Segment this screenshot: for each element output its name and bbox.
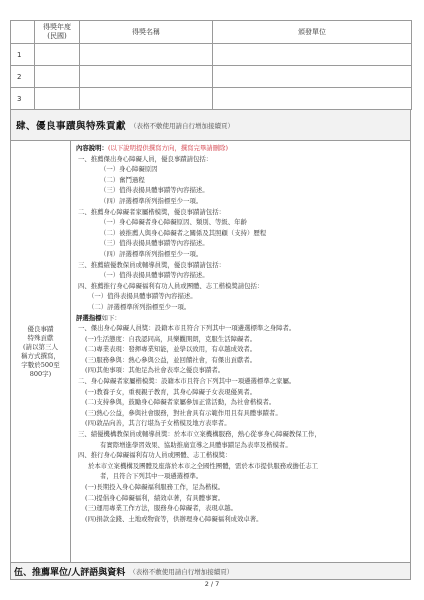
content-line: 四、推行身心障礙福利有功人員或團體、志工楷模獎： [76, 450, 410, 461]
section4-content[interactable]: 內容說明：(以下說明提供撰寫方向，撰寫完畢請刪除) 一、推薦傑出身心障礙人員，優… [71, 141, 410, 562]
header-award-name: 得獎名稱 [80, 21, 213, 44]
left-label-line: 稱方式撰寫， [14, 352, 68, 361]
content-line: (一)教養子女，重視親子教育，其身心障礙子女表現優異者。 [76, 387, 410, 398]
content-line: （一）值得表揚具體事蹟等內容描述。 [76, 270, 410, 281]
content-heading: 內容說明：(以下說明提供撰寫方向，撰寫完畢請刪除) [76, 143, 410, 154]
content-line: （二）評選標準所列指標至少一項。 [76, 302, 410, 313]
header-index [11, 21, 35, 44]
content-line: （一）值得表揚具體事蹟等內容描述。 [76, 291, 410, 302]
content-line: (二)支持參與，鼓勵身心障礙者家屬參加正當活動，為社會楷模者。 [76, 397, 410, 408]
content-line: (三)服務參與：熱心參與公益，並回饋社會，有傑出貢獻者。 [76, 355, 410, 366]
content-line: （二）被推薦人與身心障礙者之關係及其照顧（支持）歷程 [76, 228, 410, 239]
content-line: 三、推薦績優教保員或輔導員獎，優良事蹟請包括： [76, 260, 410, 271]
content-line: 四、推薦推行身心障礙福利有功人員或團體、志工楷模獎請包括： [76, 281, 410, 292]
document-page: 得獎年度 (民國) 得獎名稱 頒發單位 1 2 3 肆、優良事蹟與特殊貢獻 （表… [10, 20, 411, 580]
content-line: 者，且符合下列其中一項遴選標準。 [76, 471, 410, 482]
left-label-line: (請以第三人 [14, 343, 68, 352]
section4-left-label: 優良事蹟 特殊貢獻 (請以第三人 稱方式撰寫， 字數於500至 800字) [11, 141, 71, 562]
row-number: 2 [11, 66, 35, 88]
issuer-cell[interactable] [213, 88, 412, 110]
content-line: (三)熱心公益，參與社會服務，對社會具有示範作用且有具體事蹟者。 [76, 408, 410, 419]
content-instruction: (以下說明提供撰寫方向，撰寫完畢請刪除) [108, 144, 228, 152]
content-line: （二）奮鬥過程 [76, 175, 410, 186]
content-line: （三）值得表揚具體事蹟等內容描述。 [76, 238, 410, 249]
content-line: (三)運用專業工作方法，服務身心障礙者，表現卓越。 [76, 503, 410, 514]
awards-table: 得獎年度 (民國) 得獎名稱 頒發單位 1 2 3 [10, 20, 412, 110]
content-line: 二、推薦身心障礙者家屬楷模獎，優良事蹟請包括： [76, 207, 410, 218]
content-line: （三）值得表揚具體事蹟等內容描述。 [76, 185, 410, 196]
content-line: （一）身心障礙者身心障礙原因、類別、等級、年齡 [76, 217, 410, 228]
criteria-lines: 一、傑出身心障礙人員獎：設籍本市且符合下列其中一項遴選標準之身障者。(一)生活態… [76, 323, 410, 524]
award-year-cell[interactable] [35, 88, 80, 110]
table-row: 2 [11, 66, 412, 88]
section4-body: 優良事蹟 特殊貢獻 (請以第三人 稱方式撰寫， 字數於500至 800字) 內容… [10, 141, 411, 562]
content-line: (二)提倡身心障礙福利，績效卓著，有具體事實。 [76, 493, 410, 504]
content-line: （一）身心障礙原因 [76, 164, 410, 175]
section5-title: 伍、推薦單位/人評語與資料 [11, 565, 125, 578]
content-line: 有實際增進學習效果、協助推廣宣導之具體事蹟足為表率及楷模者。 [76, 440, 410, 451]
table-row: 1 [11, 44, 412, 66]
content-line: 三、績優機構教保員或輔導員獎：於本市立案機構服務，熱心從事身心障礙教保工作， [76, 429, 410, 440]
left-label-line: 800字) [14, 370, 68, 379]
issuer-cell[interactable] [213, 44, 412, 66]
award-year-cell[interactable] [35, 44, 80, 66]
content-line: (四)捐款金錢、土地或物資等，供辦理身心障礙福利成效卓著。 [76, 514, 410, 525]
award-name-cell[interactable] [80, 44, 213, 66]
section4-note: （表格不敷使用請自行增加接續頁） [130, 121, 234, 130]
criteria-suffix: 如下： [102, 314, 121, 322]
header-award-year-line2: (民國) [35, 32, 79, 41]
content-line: (一)長期投入身心障礙福利服務工作，足為楷模。 [76, 482, 410, 493]
content-line: （四）評選標準所列指標至少一項。 [76, 249, 410, 260]
criteria-label: 評選指標 [76, 314, 102, 322]
header-issuer: 頒發單位 [213, 21, 412, 44]
row-number: 1 [11, 44, 35, 66]
award-name-cell[interactable] [80, 88, 213, 110]
content-line: 二、身心障礙者家屬楷模獎：設籍本市且符合下列其中一項遴選標準之家屬。 [76, 376, 410, 387]
section5-header: 伍、推薦單位/人評語與資料 （表格不敷使用請自行增加接續頁） [10, 562, 411, 580]
content-lines: 一、推薦傑出身心障礙人員，優良事蹟請包括：（一）身心障礙原因（二）奮鬥過程（三）… [76, 154, 410, 313]
content-line: (四)敦品向善，其言行堪為子女楷模及地方表率者。 [76, 418, 410, 429]
left-label-line: 優良事蹟 [14, 325, 68, 334]
criteria-heading: 評選指標如下： [76, 313, 410, 324]
content-line: 一、傑出身心障礙人員獎：設籍本市且符合下列其中一項遴選標準之身障者。 [76, 323, 410, 334]
content-line: 一、推薦傑出身心障礙人員，優良事蹟請包括： [76, 154, 410, 165]
left-label-line: 特殊貢獻 [14, 334, 68, 343]
header-award-year-line1: 得獎年度 [35, 23, 79, 32]
section5-note: （表格不敷使用請自行增加接續頁） [129, 567, 233, 576]
awards-table-header: 得獎年度 (民國) 得獎名稱 頒發單位 [11, 21, 412, 44]
content-line: (二)專業表現：發揮專業知能，並學以致用，有卓越成效者。 [76, 344, 410, 355]
issuer-cell[interactable] [213, 66, 412, 88]
table-row: 3 [11, 88, 412, 110]
header-award-year: 得獎年度 (民國) [35, 21, 80, 44]
award-name-cell[interactable] [80, 66, 213, 88]
content-line: (一)生活態度：自我認同高，具樂觀開朗，克服生活障礙者。 [76, 334, 410, 345]
section4-header: 肆、優良事蹟與特殊貢獻 （表格不敷使用請自行增加接續頁） [10, 110, 411, 141]
award-year-cell[interactable] [35, 66, 80, 88]
section4-title: 肆、優良事蹟與特殊貢獻 [11, 118, 126, 132]
left-label-line: 字數於500至 [14, 361, 68, 370]
content-line: （四）評選標準所列指標至少一項。 [76, 196, 410, 207]
page-number: 2 / 7 [0, 580, 424, 588]
content-label: 內容說明： [76, 144, 108, 152]
content-line: 於本市立案機構及團體及座落於本市之全國性團體，需於本市提供服務或擔任志工 [76, 461, 410, 472]
content-line: (四)其他事項：其他足為社會表率之優良事蹟者。 [76, 365, 410, 376]
row-number: 3 [11, 88, 35, 110]
